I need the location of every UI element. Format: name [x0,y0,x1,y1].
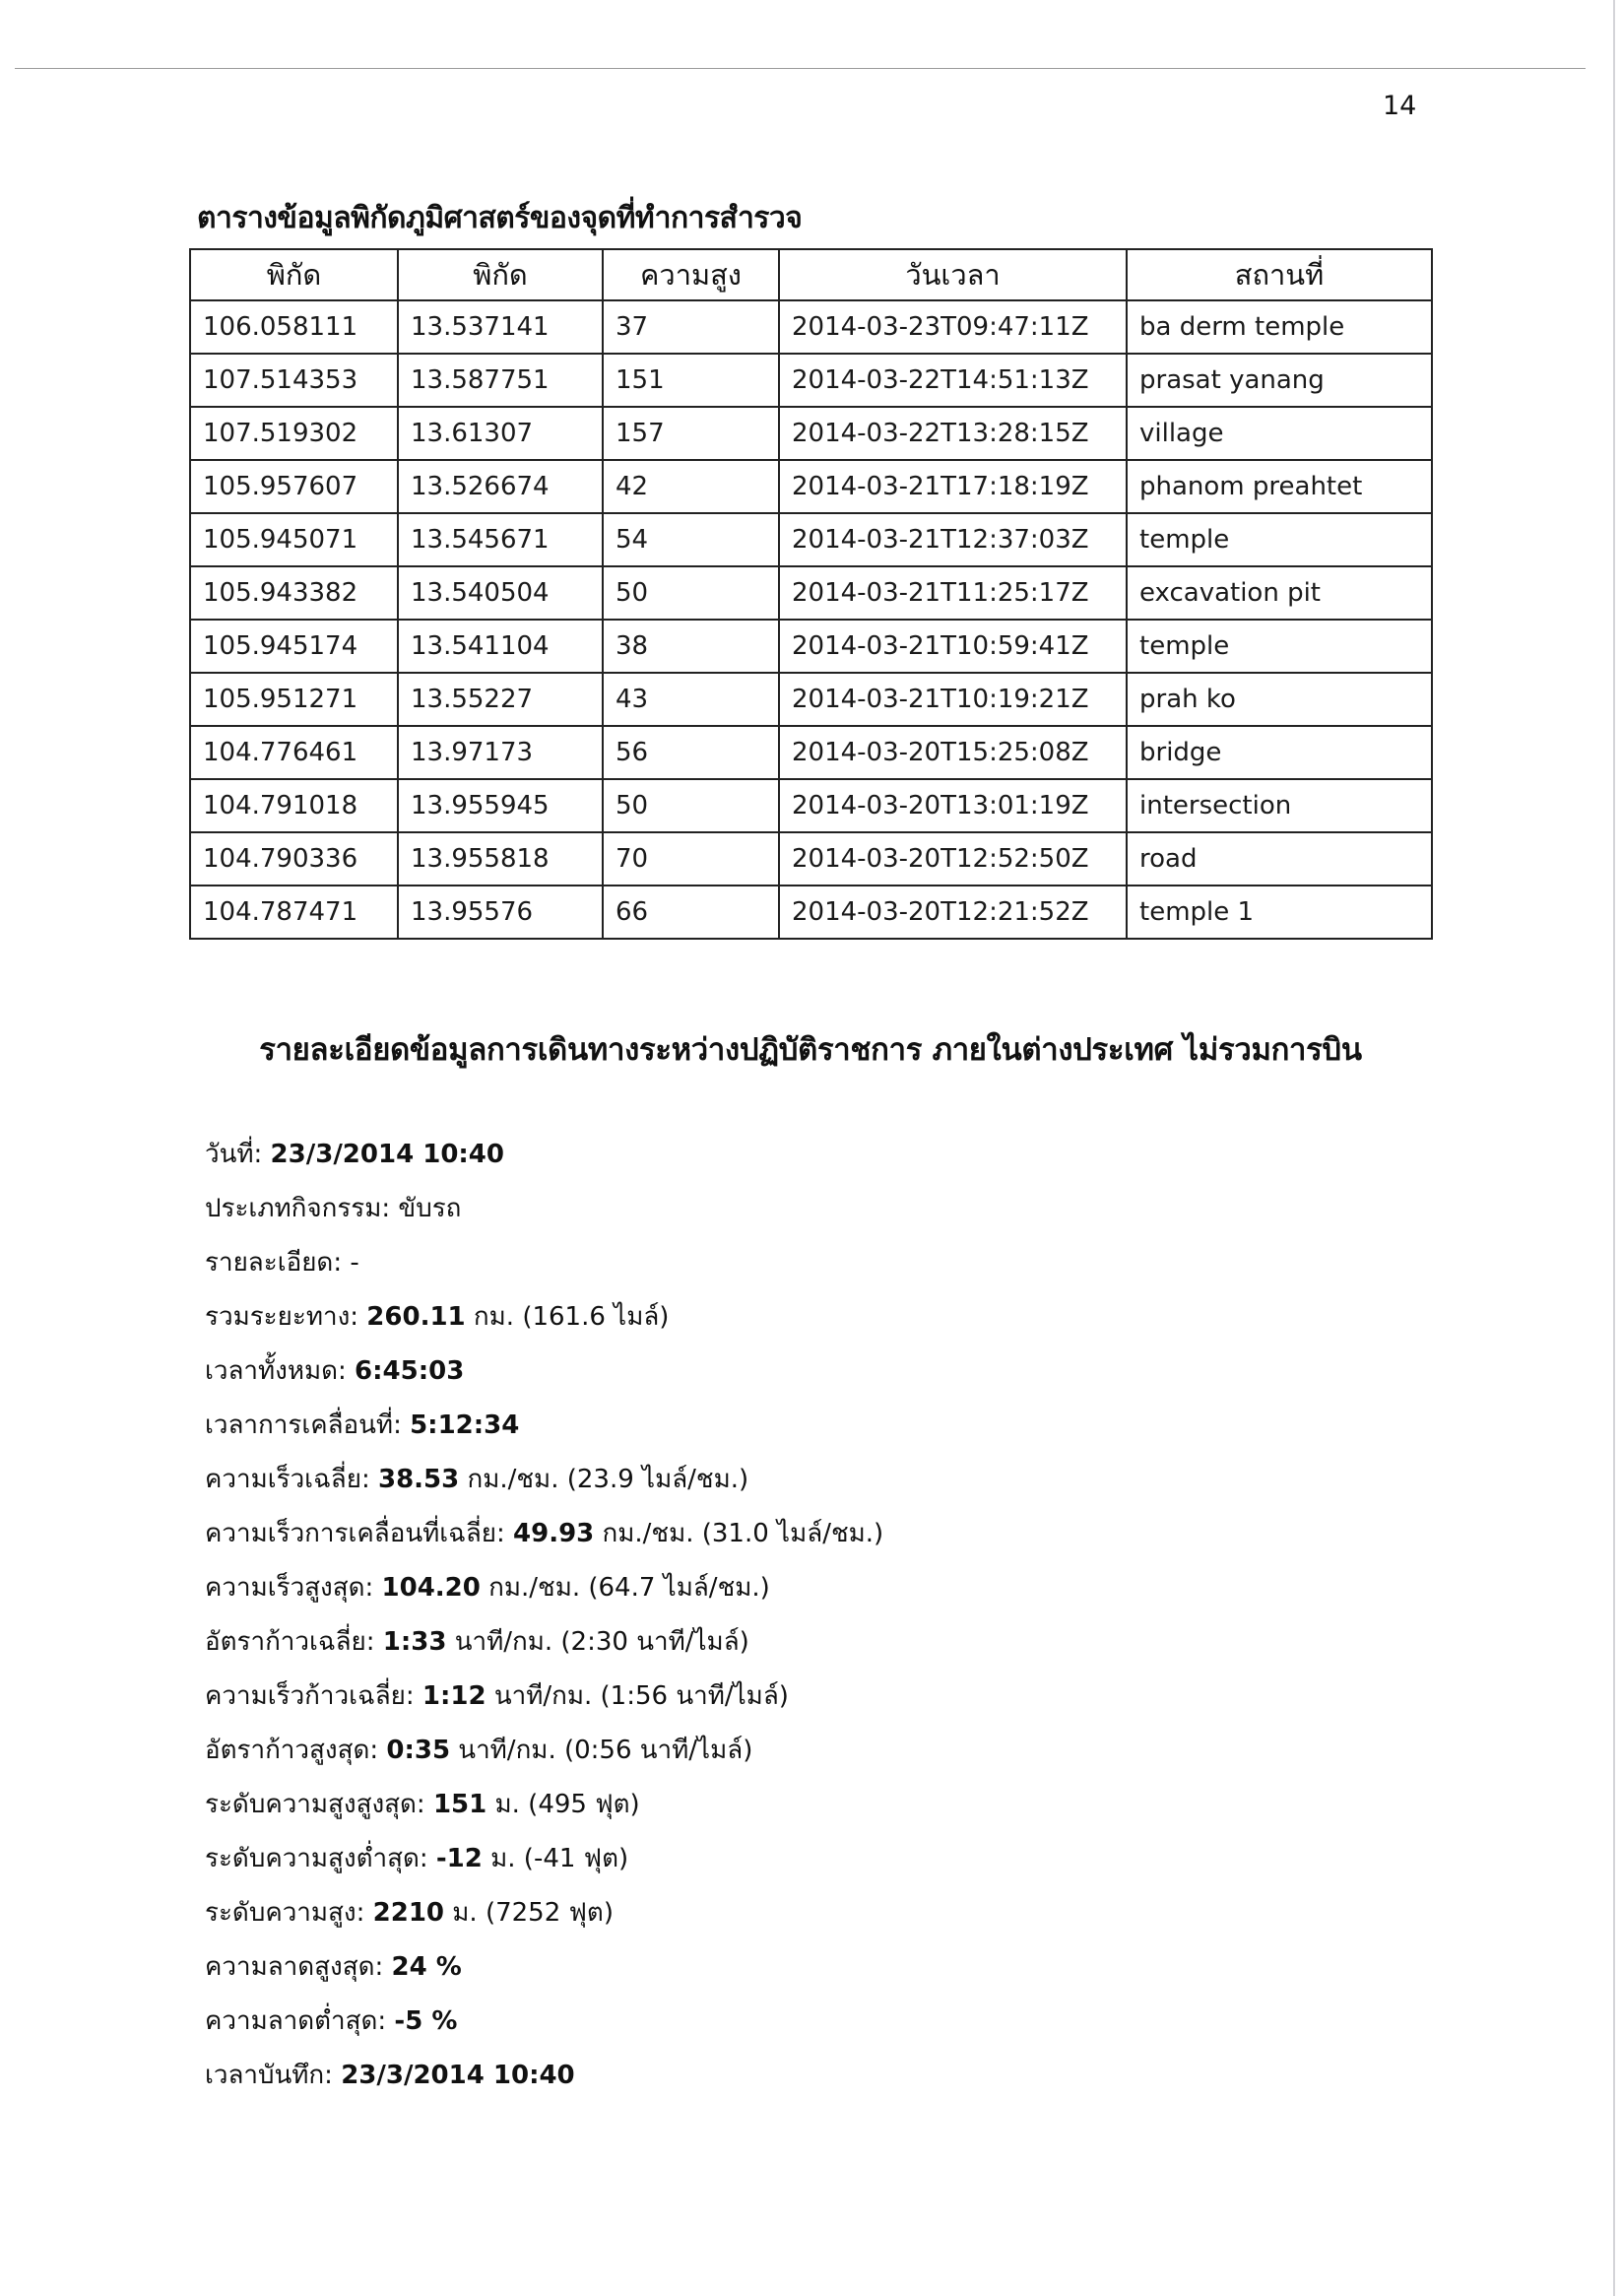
detail-value: 104.20 [382,1573,481,1603]
detail-value: 23/3/2014 10:40 [271,1140,504,1169]
cell-longitude: 107.519302 [190,407,398,460]
table-body: 106.05811113.537141372014-03-23T09:47:11… [190,300,1432,939]
cell-datetime: 2014-03-22T13:28:15Z [779,407,1127,460]
detail-value: 5:12:34 [410,1410,519,1440]
header-datetime: วันเวลา [779,249,1127,300]
cell-datetime: 2014-03-21T11:25:17Z [779,566,1127,620]
detail-label: ความเร็วการเคลื่อนที่เฉลี่ย: [205,1519,513,1548]
cell-longitude: 105.945071 [190,513,398,566]
cell-latitude: 13.61307 [398,407,603,460]
detail-label: ความเร็วสูงสุด: [205,1573,382,1603]
cell-place: road [1127,832,1432,886]
cell-longitude: 104.790336 [190,832,398,886]
coordinates-table: พิกัด พิกัด ความสูง วันเวลา สถานที่ 106.… [189,248,1433,940]
detail-line: ความเร็วสูงสุด: 104.20 กม./ชม. (64.7 ไมล… [205,1568,883,1622]
cell-place: temple [1127,620,1432,673]
detail-value: 151 [433,1790,486,1819]
detail-line: เวลาทั้งหมด: 6:45:03 [205,1351,883,1406]
cell-latitude: 13.526674 [398,460,603,513]
table-title: ตารางข้อมูลพิกัดภูมิศาสตร์ของจุดที่ทำการ… [197,195,802,241]
cell-altitude: 66 [603,886,779,939]
detail-unit: ม. (7252 ฟุต) [444,1898,614,1928]
detail-label: อัตราก้าวเฉลี่ย: [205,1627,383,1657]
detail-label: วันที่: [205,1140,271,1169]
detail-unit: กม. (161.6 ไมล์) [466,1302,670,1332]
cell-longitude: 105.957607 [190,460,398,513]
table-row: 105.94338213.540504502014-03-21T11:25:17… [190,566,1432,620]
detail-line: ความเร็วก้าวเฉลี่ย: 1:12 นาที/กม. (1:56 … [205,1676,883,1731]
table-row: 104.77646113.97173562014-03-20T15:25:08Z… [190,726,1432,779]
cell-altitude: 42 [603,460,779,513]
cell-datetime: 2014-03-21T10:59:41Z [779,620,1127,673]
cell-altitude: 157 [603,407,779,460]
cell-place: excavation pit [1127,566,1432,620]
cell-altitude: 70 [603,832,779,886]
detail-label: อัตราก้าวสูงสุด: [205,1736,386,1765]
header-altitude: ความสูง [603,249,779,300]
detail-value: -12 [436,1844,483,1873]
table-row: 104.79033613.955818702014-03-20T12:52:50… [190,832,1432,886]
cell-datetime: 2014-03-23T09:47:11Z [779,300,1127,354]
detail-value: 260.11 [366,1302,465,1332]
table-header-row: พิกัด พิกัด ความสูง วันเวลา สถานที่ [190,249,1432,300]
detail-value: 23/3/2014 10:40 [341,2061,574,2090]
cell-longitude: 104.787471 [190,886,398,939]
cell-longitude: 105.951271 [190,673,398,726]
table-row: 104.79101813.955945502014-03-20T13:01:19… [190,779,1432,832]
cell-datetime: 2014-03-21T10:19:21Z [779,673,1127,726]
cell-place: ba derm temple [1127,300,1432,354]
detail-unit: กม./ชม. (23.9 ไมล์/ชม.) [459,1465,748,1494]
cell-datetime: 2014-03-22T14:51:13Z [779,354,1127,407]
cell-latitude: 13.55227 [398,673,603,726]
cell-longitude: 106.058111 [190,300,398,354]
detail-value: 38.53 [378,1465,459,1494]
detail-line: วันที่: 23/3/2014 10:40 [205,1135,883,1189]
cell-longitude: 105.945174 [190,620,398,673]
detail-line: ความลาดสูงสุด: 24 % [205,1947,883,2001]
table-row: 105.95760713.526674422014-03-21T17:18:19… [190,460,1432,513]
detail-line: เวลาการเคลื่อนที่: 5:12:34 [205,1406,883,1460]
cell-latitude: 13.587751 [398,354,603,407]
cell-place: village [1127,407,1432,460]
cell-altitude: 38 [603,620,779,673]
detail-line: ระดับความสูง: 2210 ม. (7252 ฟุต) [205,1893,883,1947]
detail-label: รวมระยะทาง: [205,1302,366,1332]
detail-label: ความเร็วเฉลี่ย: [205,1465,378,1494]
cell-altitude: 50 [603,566,779,620]
detail-unit: นาที/กม. (2:30 นาที/ไมล์) [446,1627,748,1657]
detail-line: อัตราก้าวเฉลี่ย: 1:33 นาที/กม. (2:30 นาท… [205,1622,883,1676]
detail-label: ระดับความสูงต่ำสุด: [205,1844,436,1873]
detail-line: ระดับความสูงสูงสุด: 151 ม. (495 ฟุต) [205,1785,883,1839]
cell-latitude: 13.537141 [398,300,603,354]
detail-value: 1:33 [383,1627,447,1657]
cell-datetime: 2014-03-20T12:21:52Z [779,886,1127,939]
cell-place: intersection [1127,779,1432,832]
detail-label: ประเภทกิจกรรม: [205,1194,398,1223]
detail-value: 24 % [392,1952,462,1982]
table-row: 105.94517413.541104382014-03-21T10:59:41… [190,620,1432,673]
trip-heading: รายละเอียดข้อมูลการเดินทางระหว่างปฏิบัติ… [0,1024,1621,1074]
header-longitude: พิกัด [190,249,398,300]
cell-latitude: 13.955945 [398,779,603,832]
cell-place: temple 1 [1127,886,1432,939]
detail-line: ระดับความสูงต่ำสุด: -12 ม. (-41 ฟุต) [205,1839,883,1893]
detail-value: 1:12 [422,1681,486,1711]
detail-label: เวลาการเคลื่อนที่: [205,1410,410,1440]
detail-unit: ม. (495 ฟุต) [486,1790,639,1819]
cell-altitude: 43 [603,673,779,726]
cell-latitude: 13.541104 [398,620,603,673]
detail-label: รายละเอียด: [205,1248,350,1278]
cell-place: temple [1127,513,1432,566]
cell-place: prah ko [1127,673,1432,726]
cell-altitude: 151 [603,354,779,407]
scan-artifact-top-line [15,68,1586,69]
cell-longitude: 104.776461 [190,726,398,779]
header-latitude: พิกัด [398,249,603,300]
table-row: 106.05811113.537141372014-03-23T09:47:11… [190,300,1432,354]
cell-latitude: 13.955818 [398,832,603,886]
cell-datetime: 2014-03-20T15:25:08Z [779,726,1127,779]
cell-latitude: 13.545671 [398,513,603,566]
detail-line: ความเร็วการเคลื่อนที่เฉลี่ย: 49.93 กม./ช… [205,1514,883,1568]
detail-value: 0:35 [386,1736,450,1765]
trip-details: วันที่: 23/3/2014 10:40ประเภทกิจกรรม: ขั… [205,1135,883,2110]
cell-place: prasat yanang [1127,354,1432,407]
table-row: 107.51930213.613071572014-03-22T13:28:15… [190,407,1432,460]
detail-line: รายละเอียด: - [205,1243,883,1297]
page-number: 14 [1383,91,1416,121]
scan-artifact-right-line [1613,0,1615,2296]
cell-latitude: 13.95576 [398,886,603,939]
cell-place: bridge [1127,726,1432,779]
detail-unit: นาที/กม. (0:56 นาที/ไมล์) [450,1736,752,1765]
detail-line: ประเภทกิจกรรม: ขับรถ [205,1189,883,1243]
detail-label: ระดับความสูงสูงสุด: [205,1790,433,1819]
cell-longitude: 105.943382 [190,566,398,620]
cell-longitude: 107.514353 [190,354,398,407]
table-row: 104.78747113.95576662014-03-20T12:21:52Z… [190,886,1432,939]
cell-datetime: 2014-03-20T13:01:19Z [779,779,1127,832]
detail-value: -5 % [394,2006,457,2036]
cell-datetime: 2014-03-21T17:18:19Z [779,460,1127,513]
header-place: สถานที่ [1127,249,1432,300]
table-row: 105.95127113.55227432014-03-21T10:19:21Z… [190,673,1432,726]
detail-line: อัตราก้าวสูงสุด: 0:35 นาที/กม. (0:56 นาท… [205,1731,883,1785]
detail-unit: ขับรถ [398,1194,461,1223]
detail-label: ระดับความสูง: [205,1898,373,1928]
cell-altitude: 54 [603,513,779,566]
table-row: 107.51435313.5877511512014-03-22T14:51:1… [190,354,1432,407]
detail-unit: นาที/กม. (1:56 นาที/ไมล์) [486,1681,789,1711]
cell-altitude: 50 [603,779,779,832]
cell-latitude: 13.97173 [398,726,603,779]
detail-value: 49.93 [513,1519,594,1548]
cell-datetime: 2014-03-21T12:37:03Z [779,513,1127,566]
detail-line: ความเร็วเฉลี่ย: 38.53 กม./ชม. (23.9 ไมล์… [205,1460,883,1514]
detail-value: 6:45:03 [355,1356,464,1386]
detail-line: ความลาดต่ำสุด: -5 % [205,2001,883,2056]
detail-label: ความเร็วก้าวเฉลี่ย: [205,1681,422,1711]
detail-unit: กม./ชม. (64.7 ไมล์/ชม.) [481,1573,770,1603]
detail-unit: - [350,1248,358,1278]
detail-unit: กม./ชม. (31.0 ไมล์/ชม.) [594,1519,883,1548]
detail-label: ความลาดสูงสุด: [205,1952,392,1982]
table-row: 105.94507113.545671542014-03-21T12:37:03… [190,513,1432,566]
detail-line: รวมระยะทาง: 260.11 กม. (161.6 ไมล์) [205,1297,883,1351]
detail-label: ความลาดต่ำสุด: [205,2006,394,2036]
cell-place: phanom preahtet [1127,460,1432,513]
detail-value: 2210 [373,1898,444,1928]
cell-latitude: 13.540504 [398,566,603,620]
cell-longitude: 104.791018 [190,779,398,832]
detail-label: เวลาทั้งหมด: [205,1356,355,1386]
cell-datetime: 2014-03-20T12:52:50Z [779,832,1127,886]
detail-label: เวลาบันทึก: [205,2061,341,2090]
cell-altitude: 56 [603,726,779,779]
detail-line: เวลาบันทึก: 23/3/2014 10:40 [205,2056,883,2110]
cell-altitude: 37 [603,300,779,354]
detail-unit: ม. (-41 ฟุต) [483,1844,628,1873]
